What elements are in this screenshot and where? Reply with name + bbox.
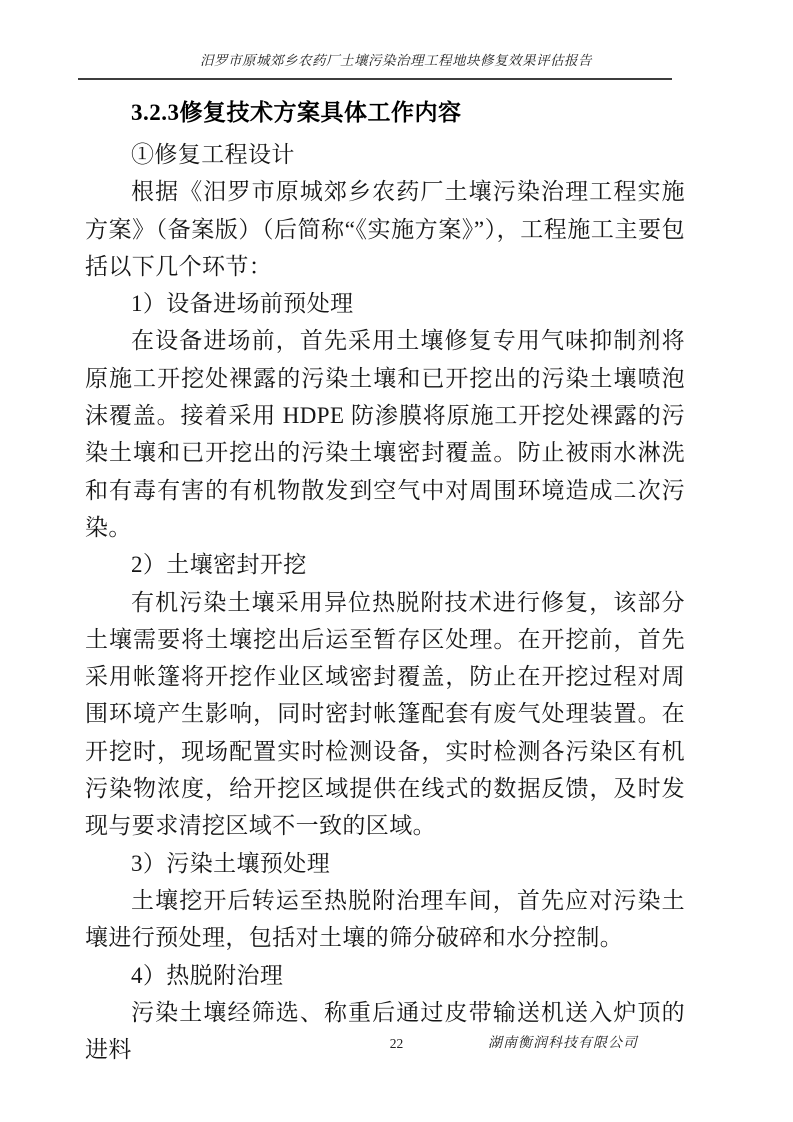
paragraph: 有机污染土壤采用异位热脱附技术进行修复，该部分土壤需要将土壤挖出后运至暂存区处理… <box>85 584 685 845</box>
paragraph: 4）热脱附治理 <box>85 957 685 994</box>
document-page: 汨罗市原城郊乡农药厂土壤污染治理工程地块修复效果评估报告 3.2.3修复技术方案… <box>0 0 793 1122</box>
paragraph: 3）污染土壤预处理 <box>85 845 685 882</box>
paragraph: 在设备进场前，首先采用土壤修复专用气味抑制剂将原施工开挖处裸露的污染土壤和已开挖… <box>85 322 685 546</box>
paragraph: ①修复工程设计 <box>85 136 685 173</box>
page-footer: 22 湖南衡润科技有限公司 <box>0 1030 793 1060</box>
footer-company-name: 湖南衡润科技有限公司 <box>488 1032 638 1052</box>
paragraph: 2）土壤密封开挖 <box>85 546 685 583</box>
page-header: 汨罗市原城郊乡农药厂土壤污染治理工程地块修复效果评估报告 <box>78 0 672 80</box>
paragraph: 1）设备进场前预处理 <box>85 285 685 322</box>
document-body: 3.2.3修复技术方案具体工作内容 ①修复工程设计 根据《汨罗市原城郊乡农药厂土… <box>85 82 685 1068</box>
page-number: 22 <box>0 1036 793 1052</box>
header-title: 汨罗市原城郊乡农药厂土壤污染治理工程地块修复效果评估报告 <box>78 53 672 78</box>
section-heading: 3.2.3修复技术方案具体工作内容 <box>85 98 685 128</box>
paragraph: 土壤挖开后转运至热脱附治理车间，首先应对污染土壤进行预处理，包括对土壤的筛分破碎… <box>85 882 685 957</box>
paragraph: 根据《汨罗市原城郊乡农药厂土壤污染治理工程实施方案》（备案版）（后简称“《实施方… <box>85 173 685 285</box>
paragraph-list: ①修复工程设计 根据《汨罗市原城郊乡农药厂土壤污染治理工程实施方案》（备案版）（… <box>85 136 685 1068</box>
